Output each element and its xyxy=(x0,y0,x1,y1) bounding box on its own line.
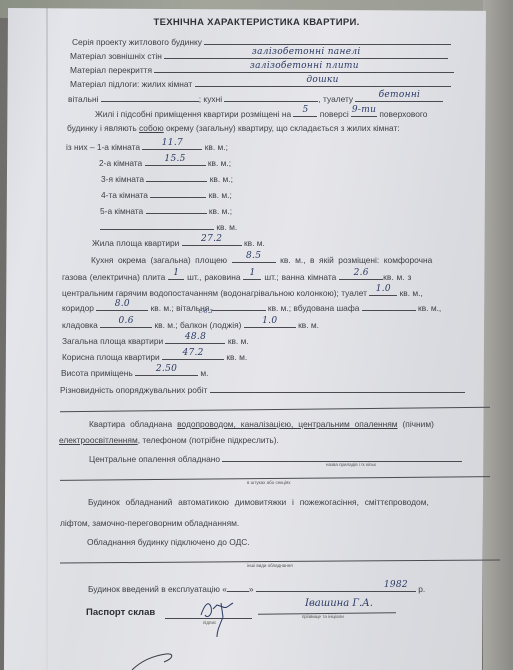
rooms-prefix: із них – xyxy=(66,142,95,152)
floor-material-label: Матеріал підлоги: жилих кімнат xyxy=(70,79,192,89)
walls-row: Матеріал зовнішніх стін залізобетонні па… xyxy=(70,49,448,61)
living-area-label: Жила площа квартири xyxy=(92,238,179,248)
toilet-area-unit: кв. м., xyxy=(400,288,423,298)
room-5-field[interactable] xyxy=(146,204,207,214)
equipment-text-2: (пічним) xyxy=(403,419,434,429)
room-4-label: 4-та кімната xyxy=(101,190,148,200)
room-3-unit: кв. м.; xyxy=(210,174,233,184)
placement-text-4c: окрему (загальну) квартиру, що складаєть… xyxy=(166,123,400,133)
signature-icon xyxy=(195,595,245,640)
wardrobe-area-field[interactable] xyxy=(362,301,416,311)
room-row-4: 4-та кімната кв. м.; xyxy=(101,188,232,200)
commissioned-quote: » xyxy=(249,584,254,594)
balcony-label: кв. м.; балкон (лоджія) xyxy=(154,320,241,330)
vitalni-field[interactable] xyxy=(101,92,199,102)
heating-field[interactable] xyxy=(222,452,462,462)
room-2-label: 2-а кімната xyxy=(99,158,142,168)
room-5-unit: кв. м.; xyxy=(209,206,232,216)
name-hint: прізвище та ініціали xyxy=(302,614,344,619)
placement-row-2: будинку і являють собою окрему (загальну… xyxy=(67,123,400,133)
floor-material-row: Матеріал підлоги: жилих кімнат дошки xyxy=(70,77,451,89)
signature-scribble-icon xyxy=(130,650,190,670)
equipment-underlined: водопроводом, каналізацією, центральним … xyxy=(177,419,397,429)
room-row-2: 2-а кімната 15.5 кв. м.; xyxy=(99,156,231,168)
heating-label: Центральне опалення обладнано xyxy=(89,454,220,464)
kitchen-row-1: Кухня окрема (загальна) площею 8.5 кв. м… xyxy=(91,253,432,265)
floor-material-field[interactable]: дошки xyxy=(195,77,451,87)
heating-row: Центральне опалення обладнано xyxy=(89,452,462,464)
kitchen-row-3: центральним гарячим водопостачанням (вод… xyxy=(62,286,423,298)
corridor-area-field[interactable]: 8.0 xyxy=(96,301,148,311)
commissioned-day-field[interactable] xyxy=(227,582,249,592)
toilet-floor-label: , туалету xyxy=(318,94,353,104)
other-equipment-hint: інші види обладнання xyxy=(247,563,293,568)
commissioned-label: Будинок введений в експлуатацію « xyxy=(88,584,227,594)
placement-row-1: Жилі і підсобні приміщення квартири розм… xyxy=(95,107,427,119)
corridor-row: коридор 8.0 кв. м.; вітальня кв. м.; вбу… xyxy=(62,301,441,313)
living-area-field[interactable]: 27.2 xyxy=(182,236,242,246)
equipment-row-2: електроосвітленням, телефоном (потрібне … xyxy=(59,435,279,445)
commissioned-month-field[interactable] xyxy=(256,582,376,592)
height-field[interactable]: 2.50 xyxy=(135,366,198,376)
room-extra-unit: кв. м. xyxy=(216,222,237,232)
kitchen-row-2: газова (електрична) плита 1 шт., раковин… xyxy=(62,270,411,282)
balcony-unit: кв. м. xyxy=(298,320,319,330)
kitchen-text-5: шт.; ванна кімната xyxy=(264,272,336,282)
height-row: Висота приміщень 2.50 м. xyxy=(61,366,208,378)
year-suffix: р. xyxy=(418,584,425,594)
toilet-floor-field[interactable]: бетонні xyxy=(355,92,443,102)
equipment-text-1: Квартира обладнана xyxy=(89,419,172,429)
finishing-field-line-2[interactable] xyxy=(60,407,490,413)
room-1-field[interactable]: 11.7 xyxy=(142,140,202,150)
bathroom-area-field[interactable]: 2.6 xyxy=(339,270,383,280)
building-row-2: ліфтом, замочно-переговорним обладнанням… xyxy=(60,518,239,528)
room-2-field[interactable]: 15.5 xyxy=(145,156,206,166)
equipment-row-1: Квартира обладнана водопроводом, каналіз… xyxy=(89,419,434,429)
commissioned-year-field[interactable]: 1982 xyxy=(376,582,416,592)
useful-area-row: Корисна площа квартири 47.2 кв. м. xyxy=(62,350,247,362)
ceiling-row: Матеріал перекриття залізобетонні плити xyxy=(70,63,454,75)
useful-area-unit: кв. м. xyxy=(226,352,247,362)
ceiling-field[interactable]: залізобетонні плити xyxy=(154,63,454,73)
balcony-area-field[interactable]: 1.0 xyxy=(244,318,296,328)
passport-label: Паспорт склав xyxy=(86,607,155,618)
vitalnia-area-field[interactable] xyxy=(212,301,266,311)
storage-label: кладовка xyxy=(62,320,98,330)
kitchen-text-1: Кухня окрема (загальна) площею xyxy=(91,255,227,265)
storage-row: кладовка 0.6 кв. м.; балкон (лоджія) 1.0… xyxy=(62,318,319,330)
series-label: Серія проекту житлового будинку xyxy=(72,37,202,47)
vitalni-label: вітальні xyxy=(68,94,98,104)
room-3-label: 3-я кімната xyxy=(101,174,144,184)
ceiling-label: Матеріал перекриття xyxy=(70,65,152,75)
floor-materials-other-row: вітальні ; кухні , туалету бетонні xyxy=(68,92,443,104)
total-area-row: Загальна площа квартири 48.8 кв. м. xyxy=(62,334,249,346)
heating-hint-2: в штуках або секціях xyxy=(247,480,291,485)
room-row-5: 5-а кімната кв. м.; xyxy=(100,204,232,216)
height-unit: м. xyxy=(200,368,208,378)
kitchen-floor-field[interactable] xyxy=(224,92,318,102)
kitchen-floor-label: ; кухні xyxy=(199,94,222,104)
wardrobe-label: кв. м.; вбудована шафа xyxy=(268,303,359,313)
series-row: Серія проекту житлового будинку xyxy=(72,35,451,47)
kitchen-text-6: кв. м. з xyxy=(383,272,411,282)
placement-text-1: Жилі і підсобні приміщення квартири розм… xyxy=(95,109,291,119)
stove-count-field[interactable]: 1 xyxy=(168,270,184,280)
walls-label: Матеріал зовнішніх стін xyxy=(70,51,162,61)
finishing-row: Різновидність опоряджувальних робіт xyxy=(60,383,465,395)
room-1-label: 1-а кімната xyxy=(97,142,140,152)
finishing-label: Різновидність опоряджувальних робіт xyxy=(60,385,207,395)
room-5-label: 5-а кімната xyxy=(100,206,143,216)
storage-area-field[interactable]: 0.6 xyxy=(100,318,152,328)
compiler-name: Івашина Г.А. xyxy=(305,598,373,609)
building-floors-field[interactable]: 9-ти xyxy=(351,107,377,117)
floor-number-field[interactable]: 5 xyxy=(293,107,317,117)
useful-area-label: Корисна площа квартири xyxy=(62,352,160,362)
room-4-field[interactable] xyxy=(150,188,206,198)
toilet-area-field[interactable]: 1.0 xyxy=(369,286,397,296)
placement-text-3: поверхового xyxy=(379,109,427,119)
room-1-unit: кв. м.; xyxy=(205,142,228,152)
page-title: ТЕХНІЧНА ХАРАКТЕРИСТИКА КВАРТИРИ. xyxy=(0,17,513,28)
kitchen-area-field[interactable]: 8.5 xyxy=(232,253,276,263)
equipment-text-4: , телефоном (потрібне підкреслить). xyxy=(138,435,279,445)
kitchen-text-7: центральним гарячим водопостачанням (вод… xyxy=(62,288,367,298)
technical-passport-page: ТЕХНІЧНА ХАРАКТЕРИСТИКА КВАРТИРИ. Серія … xyxy=(0,0,513,670)
room-row-extra: кв. м. xyxy=(100,220,237,232)
useful-area-field[interactable]: 47.2 xyxy=(162,350,224,360)
wardrobe-unit: кв. м., xyxy=(418,303,441,313)
sink-count-field[interactable]: 1 xyxy=(243,270,261,280)
corridor-label: коридор xyxy=(62,303,94,313)
series-field[interactable] xyxy=(204,35,451,45)
total-area-unit: кв. м. xyxy=(228,336,249,346)
living-area-row: Жила площа квартири 27.2 кв. м. xyxy=(92,236,265,248)
room-2-unit: кв. м.; xyxy=(208,158,231,168)
total-area-field[interactable]: 48.8 xyxy=(165,334,225,344)
kitchen-text-4: шт., раковина xyxy=(187,272,240,282)
placement-text-2: поверсі xyxy=(320,109,349,119)
balcony-note: с-0.3 xyxy=(199,309,213,315)
kitchen-text-3: газова (електрична) плита xyxy=(62,272,165,282)
room-extra-field[interactable] xyxy=(100,220,214,230)
room-4-unit: кв. м.; xyxy=(209,190,232,200)
total-area-label: Загальна площа квартири xyxy=(62,336,163,346)
room-3-field[interactable] xyxy=(146,172,207,182)
walls-field[interactable]: залізобетонні панелі xyxy=(164,49,448,59)
placement-text-4b: собою xyxy=(139,123,164,133)
height-label: Висота приміщень xyxy=(61,368,133,378)
room-row-3: 3-я кімната кв. м.; xyxy=(101,172,233,184)
kitchen-text-2: кв. м., в якій розміщені: комфорочна xyxy=(280,255,432,265)
living-area-unit: кв. м. xyxy=(244,238,265,248)
heating-hint-1: назва приладів і їх кільк xyxy=(326,462,376,467)
room-row-1: із них – 1-а кімната 11.7 кв. м.; xyxy=(66,140,228,152)
building-row-1: Будинок обладнаний автоматикою димовитяж… xyxy=(88,497,429,507)
finishing-field[interactable] xyxy=(210,383,465,393)
ods-row: Обладнання будинку підключено до ОДС. xyxy=(87,537,250,547)
commissioned-row: Будинок введений в експлуатацію «» 1982 … xyxy=(88,582,425,594)
placement-text-4a: будинку і являють xyxy=(67,123,137,133)
equipment-electric: електроосвітленням xyxy=(59,435,138,445)
